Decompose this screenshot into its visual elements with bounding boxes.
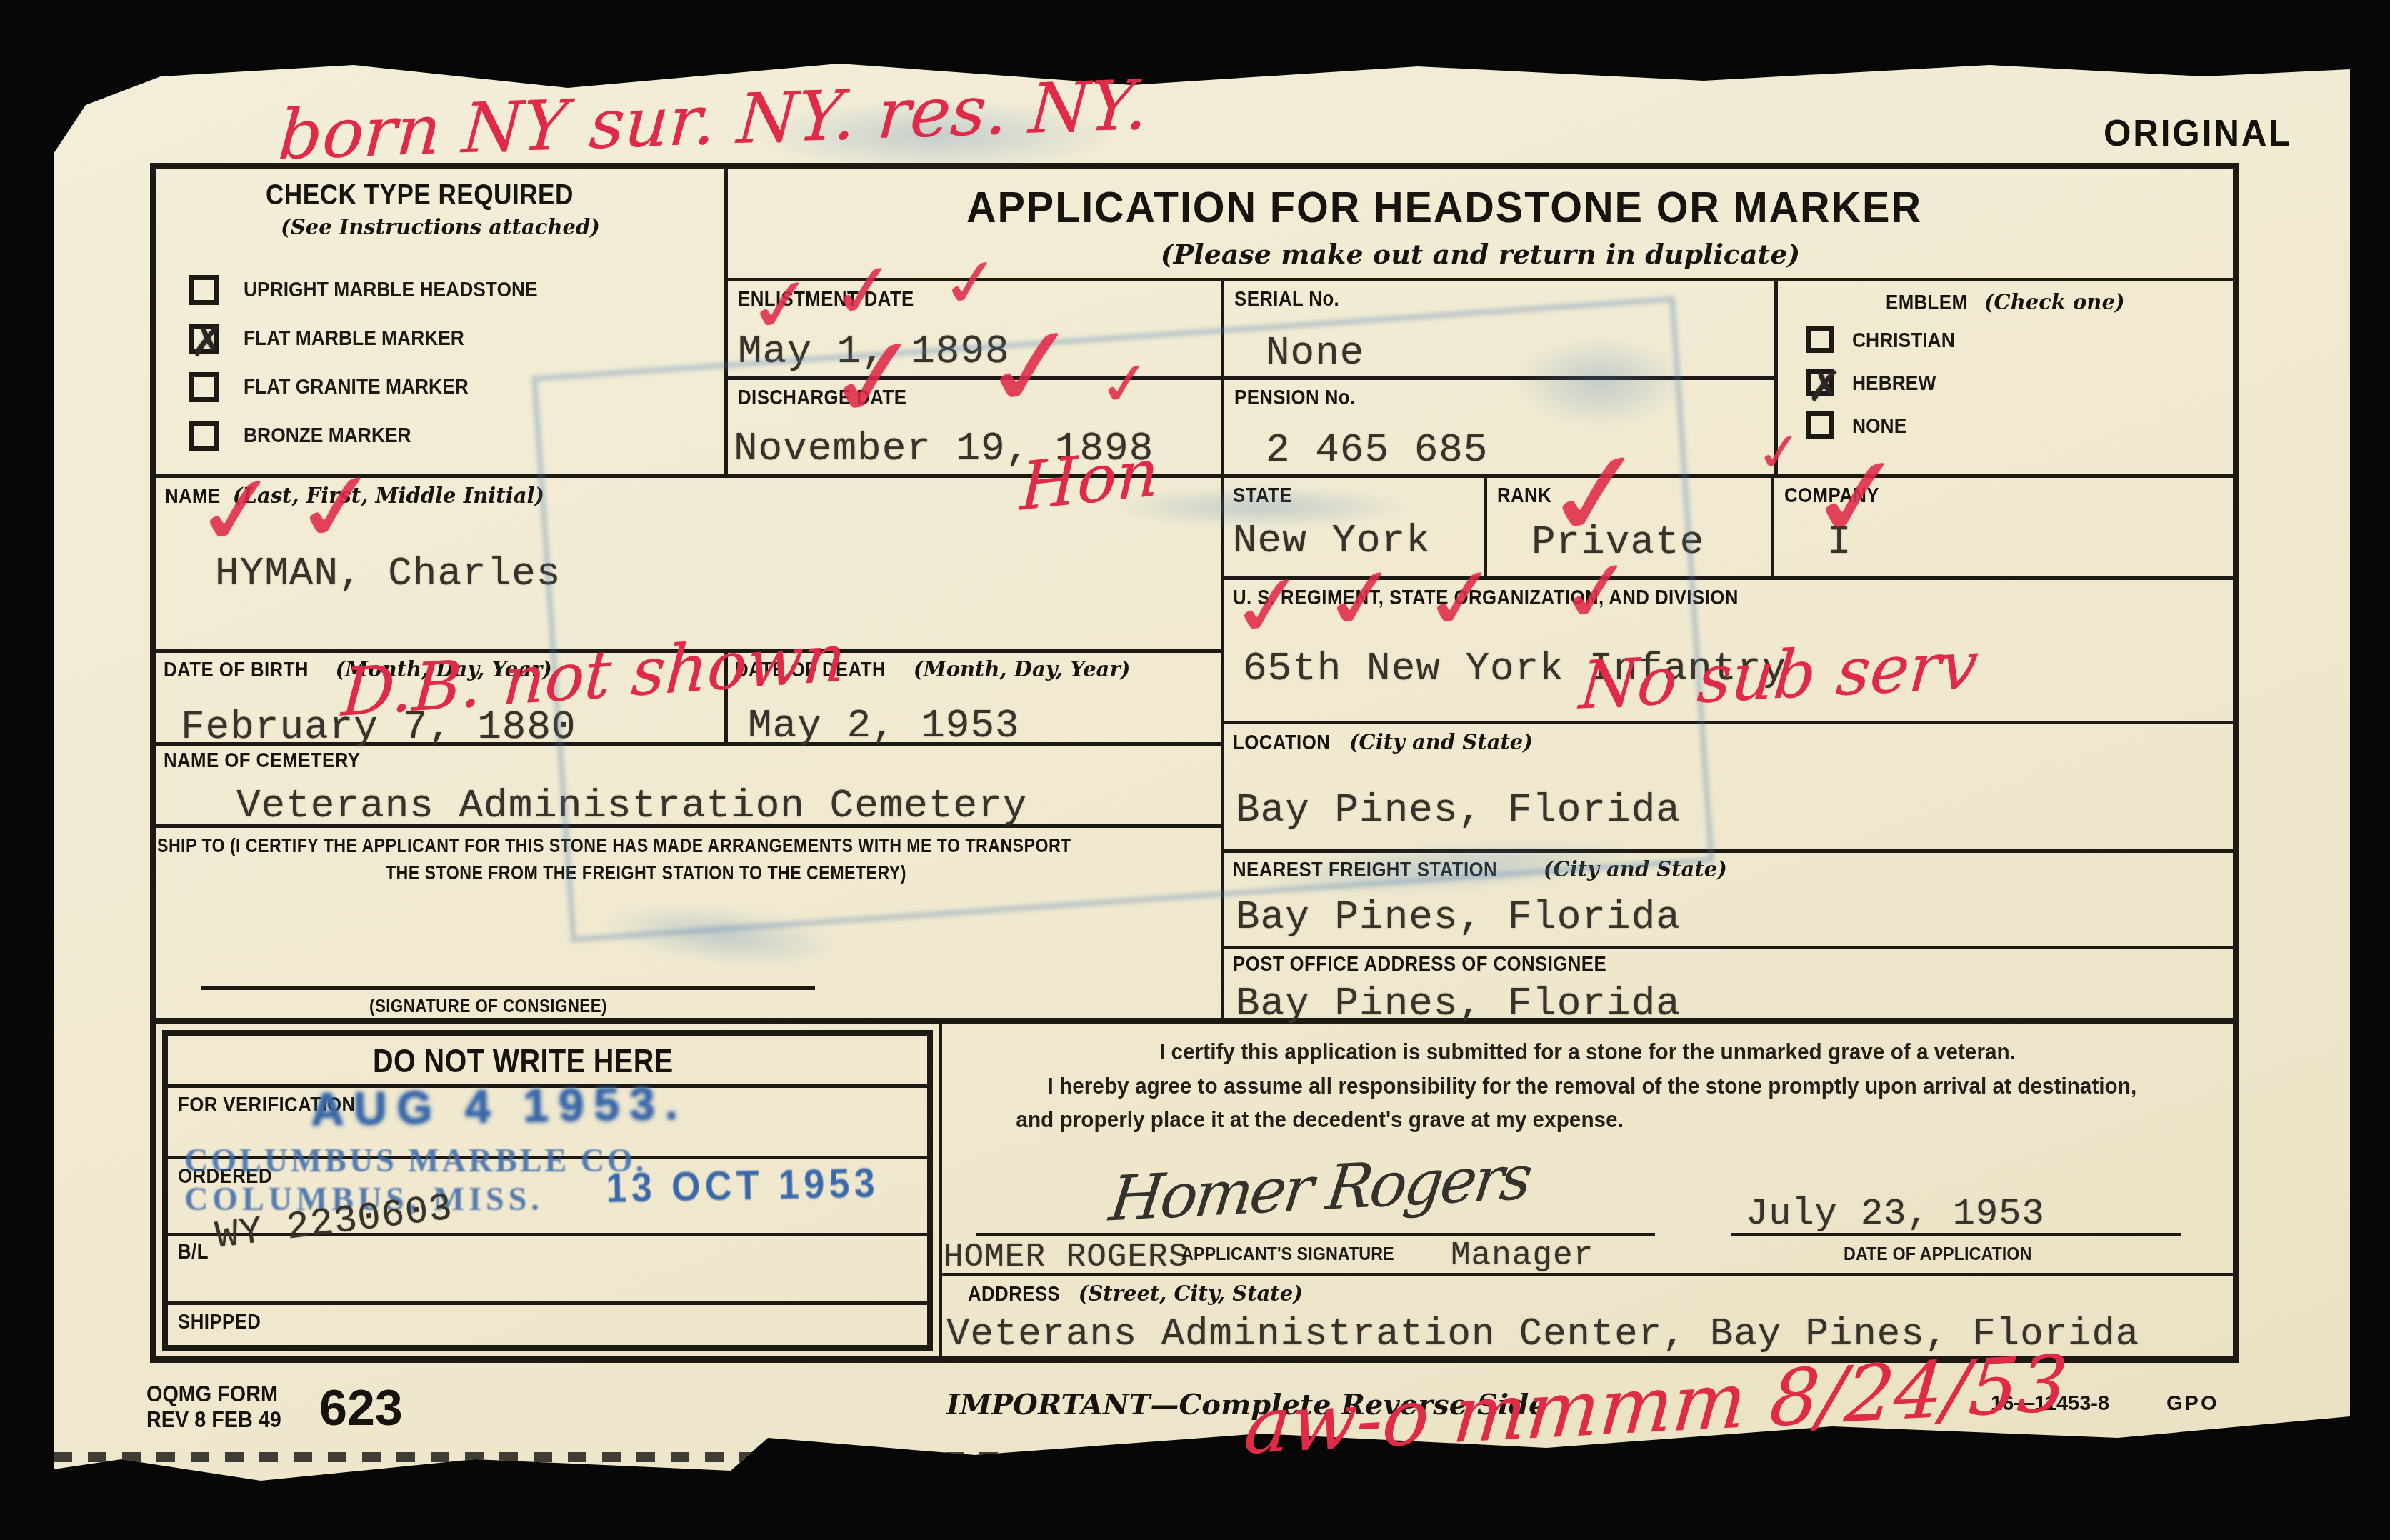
red-checkmark: ✓ <box>1416 554 1506 646</box>
red-checkmark: ✓ <box>1094 352 1156 416</box>
bl-label: B/L <box>178 1240 209 1264</box>
consignee-signature-line <box>201 986 815 990</box>
do-not-write-title: DO NOT WRITE HERE <box>373 1041 673 1080</box>
checkbox-none[interactable] <box>1806 411 1834 439</box>
checkbox-flat-marble-marker[interactable]: ✗ <box>189 324 219 354</box>
perforation-edge <box>54 1452 2350 1462</box>
emblem-hint: (Check one) <box>1984 290 2125 314</box>
original-label: ORIGINAL <box>2104 112 2292 155</box>
emblem-label: EMBLEM <box>1886 291 1967 315</box>
checkbox-christian[interactable] <box>1806 326 1834 353</box>
ordered-date-stamp: 13 OCT 1953 <box>606 1159 880 1212</box>
red-checkmark: ✓ <box>1552 546 1642 639</box>
checkbox-upright-marble-headstone[interactable] <box>189 275 219 305</box>
red-checkmark: ✓ <box>936 247 1006 319</box>
red-checkmark: ✓ <box>1224 561 1314 653</box>
applicant-role: Manager <box>1451 1237 1594 1274</box>
check-type-subtitle: (See Instructions attached) <box>281 215 600 239</box>
date-of-birth-label: DATE OF BIRTH <box>164 658 309 682</box>
option-upright-marble-headstone: UPRIGHT MARBLE HEADSTONE <box>244 278 538 302</box>
applicant-signature-script: Homer Rogers <box>1106 1141 1534 1236</box>
red-checkmark: ✓ <box>1316 554 1406 646</box>
option-flat-marble-marker: FLAT MARBLE MARKER <box>244 326 464 351</box>
certification-para2: I hereby agree to assume all responsibil… <box>1016 1070 2159 1136</box>
option-bronze-marker: BRONZE MARKER <box>244 424 411 448</box>
verification-date-stamp: AUG 4 1953. <box>310 1076 688 1136</box>
form-subtitle: (Please make out and return in duplicate… <box>1161 238 1801 270</box>
serial-no-label: SERIAL No. <box>1234 287 1339 311</box>
application-date-value: July 23, 1953 <box>1746 1193 2045 1235</box>
red-checkmark: ✓ <box>742 266 820 346</box>
consignee-signature-caption: (SIGNATURE OF CONSIGNEE) <box>369 995 607 1017</box>
red-checkmark: ✓ <box>286 455 388 559</box>
handwritten-name-note: Hon <box>1019 434 1161 525</box>
post-office-value: Bay Pines, Florida <box>1236 981 1681 1026</box>
red-checkmark: ✓ <box>1534 430 1659 559</box>
address-label: ADDRESS <box>968 1282 1060 1306</box>
form-number: 623 <box>319 1379 403 1436</box>
checkbox-bronze-marker[interactable] <box>189 421 219 451</box>
post-office-label: POST OFFICE ADDRESS OF CONSIGNEE <box>1233 952 1606 976</box>
option-christian: CHRISTIAN <box>1852 329 1955 353</box>
certification-para1: I certify this application is submitted … <box>968 1036 2207 1069</box>
option-hebrew: HEBREW <box>1852 371 1936 396</box>
form-code-line1: OQMG FORM <box>146 1381 278 1407</box>
address-hint: (Street, City, State) <box>1079 1281 1303 1306</box>
scanned-document: ORIGINAL CHECK TYPE REQUIRED (See Instru… <box>0 0 2390 1540</box>
form-code-line2: REV 8 FEB 49 <box>146 1406 281 1433</box>
gpo-label: GPO <box>2166 1392 2219 1416</box>
red-checkmark: ✓ <box>974 308 1091 429</box>
x-mark-icon: ✗ <box>1807 362 1842 411</box>
shipped-label: SHIPPED <box>178 1310 261 1334</box>
application-date-caption: DATE OF APPLICATION <box>1844 1243 2031 1265</box>
red-checkmark: ✓ <box>186 459 288 563</box>
red-checkmark: ✓ <box>816 319 934 439</box>
x-mark-icon: ✗ <box>190 317 225 366</box>
red-checkmark: ✓ <box>1752 424 1807 481</box>
check-type-title: CHECK TYPE REQUIRED <box>266 179 574 211</box>
red-checkmark: ✓ <box>1799 438 1916 559</box>
checkbox-hebrew[interactable]: ✗ <box>1806 369 1834 396</box>
option-flat-granite-marker: FLAT GRANITE MARKER <box>244 375 469 399</box>
applicant-name-typed: HOMER ROGERS <box>944 1239 1189 1276</box>
field-post-office: POST OFFICE ADDRESS OF CONSIGNEE Bay Pin… <box>1224 949 2233 1024</box>
section-certification: I certify this application is submitted … <box>942 1024 2233 1356</box>
checkbox-flat-granite-marker[interactable] <box>189 372 219 402</box>
cemetery-label: NAME OF CEMETERY <box>164 749 360 773</box>
form-title: APPLICATION FOR HEADSTONE OR MARKER <box>966 182 1922 233</box>
ordered-stamp-line1: COLUMBUS MARBLE CO. <box>184 1141 646 1179</box>
applicant-signature-caption: APPLICANT'S SIGNATURE <box>1181 1243 1394 1265</box>
